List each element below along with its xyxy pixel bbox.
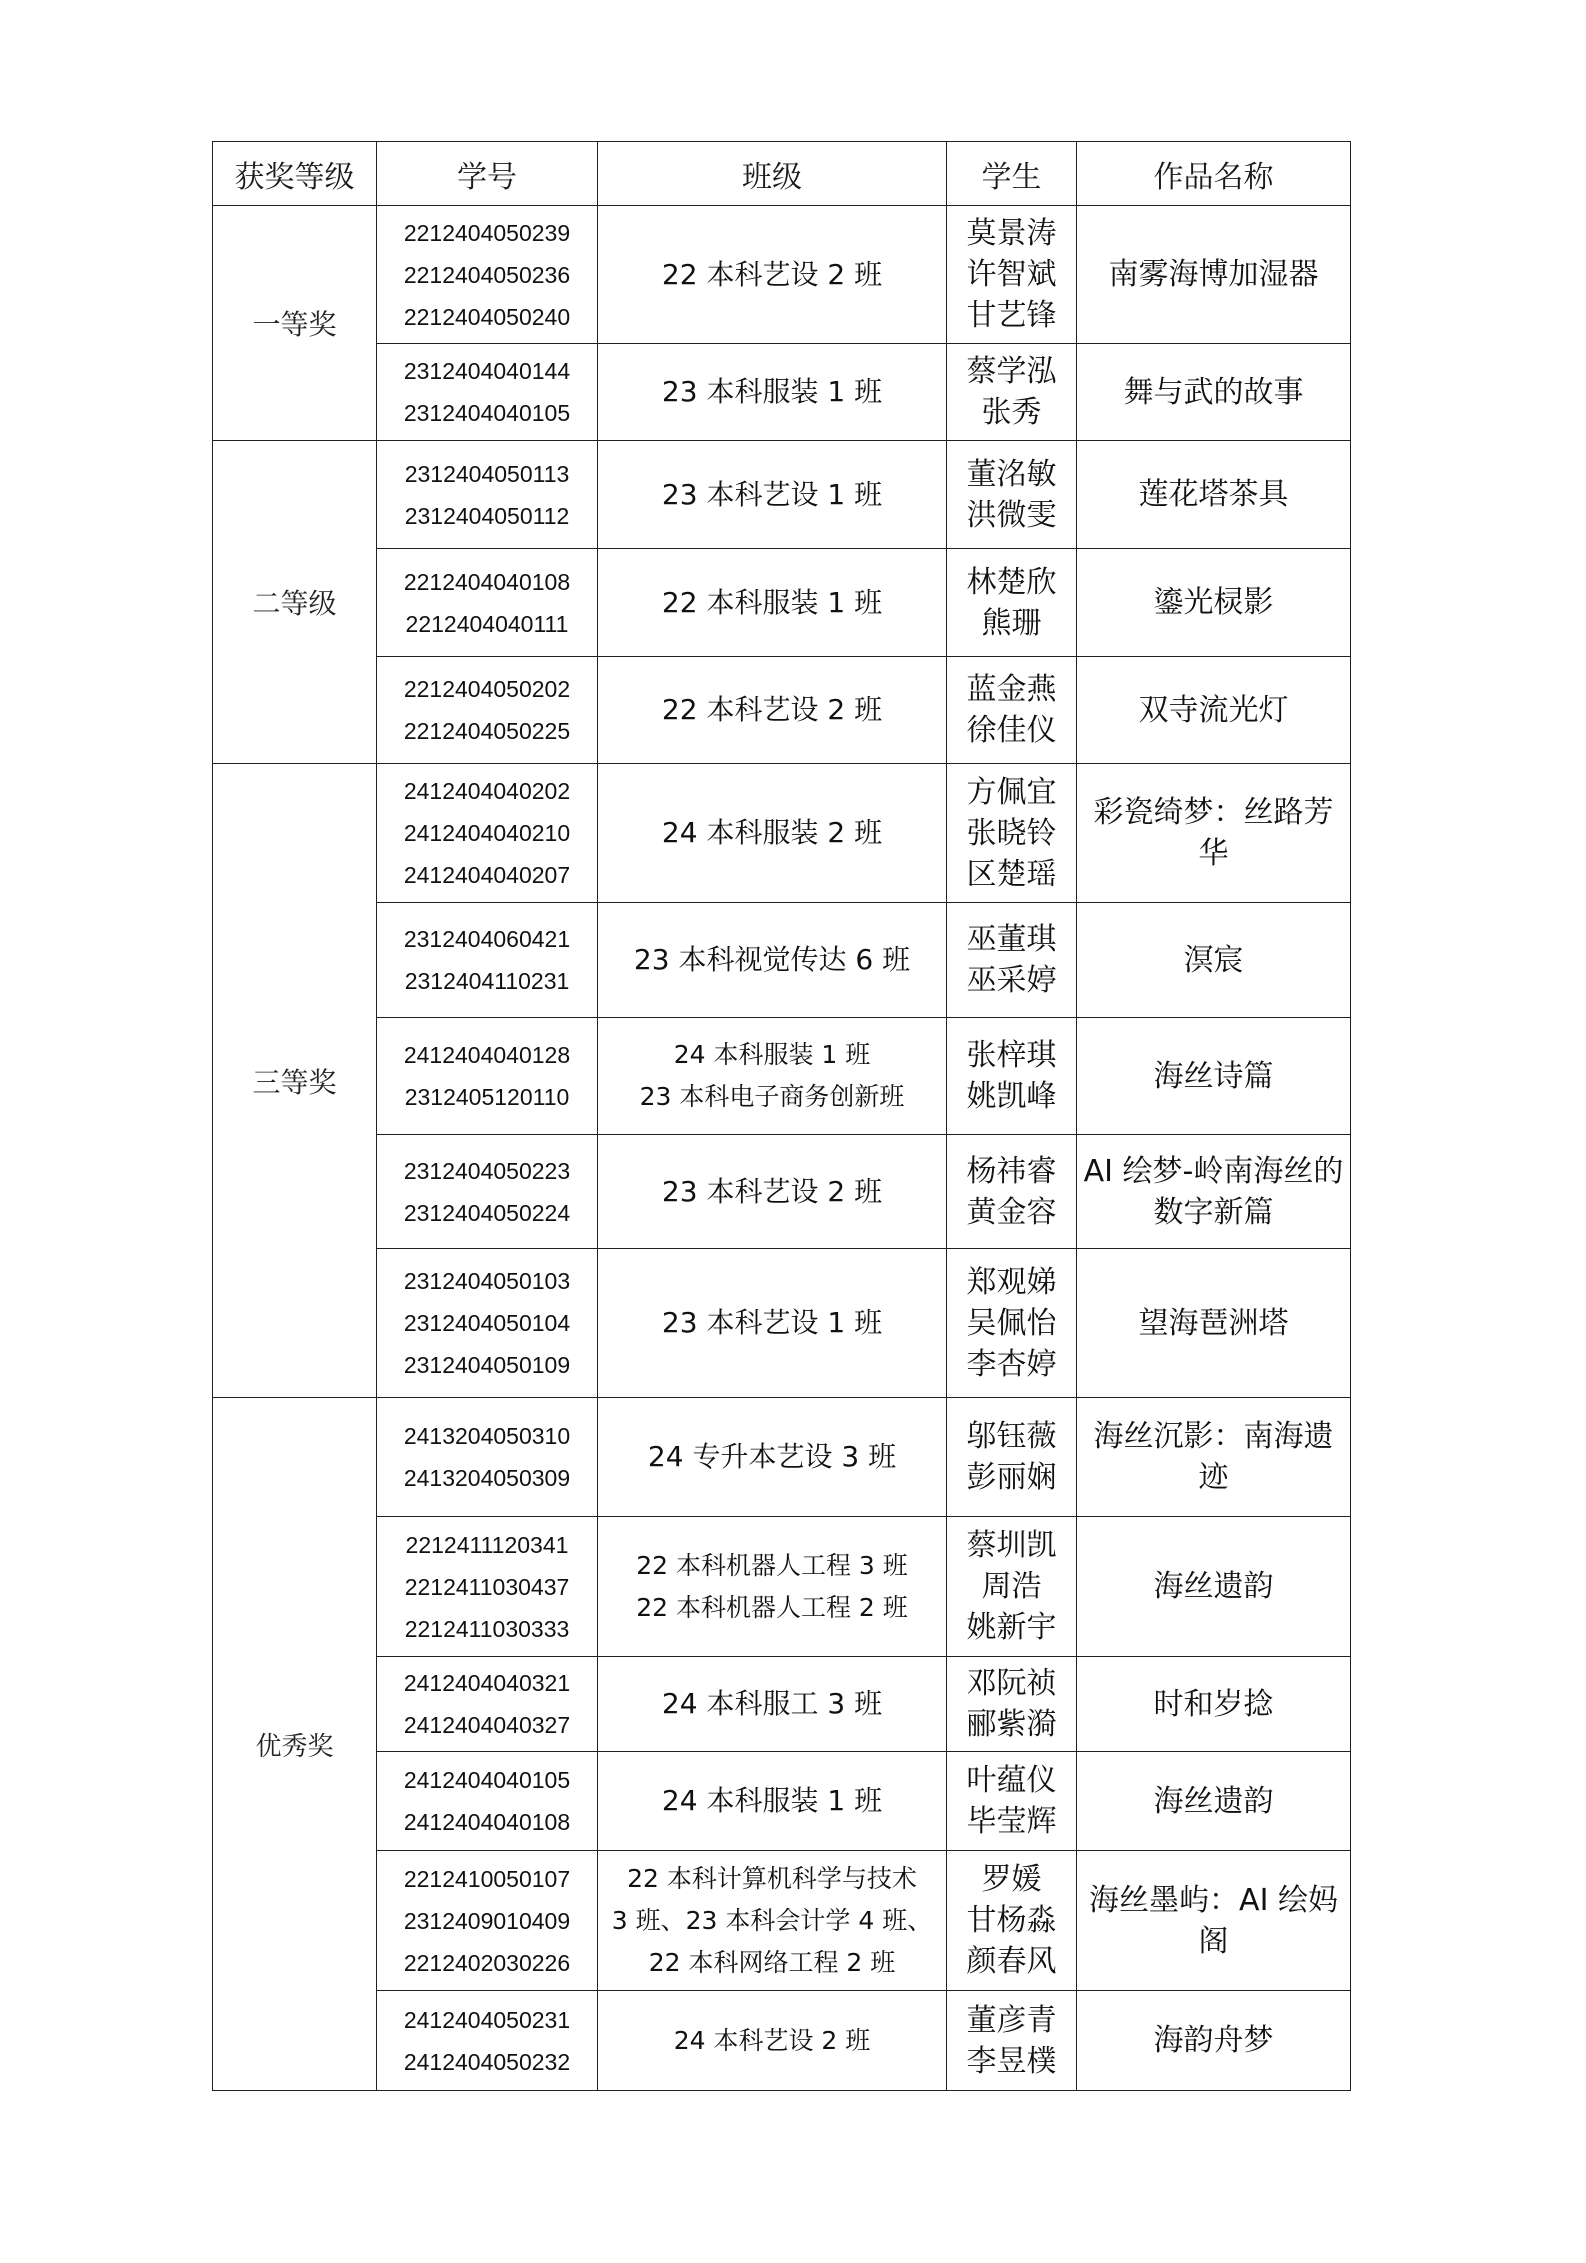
student-name: 张梓琪 — [953, 1035, 1070, 1076]
work-title: 彩瓷绮梦：丝路芳华 — [1083, 792, 1344, 874]
work-title: 海丝沉影：南海遗迹 — [1083, 1416, 1344, 1498]
student-name: 郑观娣 — [953, 1262, 1070, 1303]
student-name: 叶蕴仪 — [953, 1760, 1070, 1801]
table-row: 2212410050107 2312409010409 221240203022… — [213, 1851, 1351, 1991]
student-id: 2412404050231 — [383, 1999, 591, 2041]
student-id: 2212410050107 — [383, 1858, 591, 1900]
student-name: 巫采婷 — [953, 960, 1070, 1001]
student-id: 2312404060421 — [383, 918, 591, 960]
student-id: 2212404050240 — [383, 296, 591, 338]
student-name: 邓阮祯 — [953, 1663, 1070, 1704]
student-id: 2212411120341 — [383, 1524, 591, 1566]
class-cell: 22 本科服装 1 班 — [598, 549, 947, 657]
grade-cell: 二等级 — [213, 441, 377, 764]
students-cell: 董彦青 李昱樸 — [947, 1991, 1077, 2091]
students-cell: 叶蕴仪 毕莹辉 — [947, 1752, 1077, 1851]
students-cell: 邬钰薇 彭丽娴 — [947, 1398, 1077, 1517]
student-name: 洪微雯 — [953, 495, 1070, 536]
student-name: 毕莹辉 — [953, 1801, 1070, 1842]
student-id: 2412404040202 — [383, 770, 591, 812]
students-cell: 蔡学泓 张秀 — [947, 344, 1077, 441]
student-ids-cell: 2212404050202 2212404050225 — [377, 657, 598, 764]
work-title-cell: 双寺流光灯 — [1077, 657, 1351, 764]
students-cell: 邓阮祯 郦紫漪 — [947, 1657, 1077, 1752]
student-id: 2412404040327 — [383, 1704, 591, 1746]
header-student-id: 学号 — [377, 142, 598, 206]
student-name: 林楚欣 — [953, 562, 1070, 603]
student-id: 2212404040108 — [383, 561, 591, 603]
work-title: 海丝墨屿：AI 绘妈阁 — [1083, 1880, 1344, 1962]
student-id: 2413204050310 — [383, 1415, 591, 1457]
student-name: 董洺敏 — [953, 454, 1070, 495]
student-ids-cell: 2212404050239 2212404050236 221240405024… — [377, 206, 598, 344]
class-name: 22 本科机器人工程 2 班 — [604, 1587, 940, 1629]
class-cell: 22 本科计算机科学与技术 3 班、23 本科会计学 4 班、 22 本科网络工… — [598, 1851, 947, 1991]
student-name: 颜春风 — [953, 1941, 1070, 1982]
student-name: 巫董琪 — [953, 919, 1070, 960]
student-name: 罗媛 — [953, 1859, 1070, 1900]
student-id: 2312404050224 — [383, 1192, 591, 1234]
student-id: 2312409010409 — [383, 1900, 591, 1942]
student-id: 2312405120110 — [383, 1076, 591, 1118]
class-name: 22 本科网络工程 2 班 — [600, 1942, 944, 1984]
student-ids-cell: 2412404040128 2312405120110 — [377, 1018, 598, 1135]
student-ids-cell: 2413204050310 2413204050309 — [377, 1398, 598, 1517]
student-ids-cell: 2412404040202 2412404040210 241240404020… — [377, 764, 598, 903]
student-id: 2312404050104 — [383, 1302, 591, 1344]
class-name: 23 本科电子商务创新班 — [604, 1076, 940, 1118]
student-name: 熊珊 — [953, 603, 1070, 644]
header-row: 获奖等级 学号 班级 学生 作品名称 — [213, 142, 1351, 206]
student-id: 2212411030333 — [383, 1608, 591, 1650]
student-name: 杨祎睿 — [953, 1151, 1070, 1192]
student-name: 许智斌 — [953, 254, 1070, 295]
work-title-cell: 海丝诗篇 — [1077, 1018, 1351, 1135]
student-id: 2312404110231 — [383, 960, 591, 1002]
document-page: 获奖等级 学号 班级 学生 作品名称 一等奖 2212404050239 221… — [212, 141, 1351, 2091]
table-row: 优秀奖 2413204050310 2413204050309 24 专升本艺设… — [213, 1398, 1351, 1517]
class-cell: 23 本科艺设 2 班 — [598, 1135, 947, 1249]
student-name: 郦紫漪 — [953, 1704, 1070, 1745]
student-ids-cell: 2212410050107 2312409010409 221240203022… — [377, 1851, 598, 1991]
student-name: 吴佩怡 — [953, 1303, 1070, 1344]
student-ids-cell: 2312404040144 2312404040105 — [377, 344, 598, 441]
class-cell: 24 本科服工 3 班 — [598, 1657, 947, 1752]
table-row: 一等奖 2212404050239 2212404050236 22124040… — [213, 206, 1351, 344]
student-id: 2212404050202 — [383, 668, 591, 710]
work-title-cell: 海丝沉影：南海遗迹 — [1077, 1398, 1351, 1517]
students-cell: 方佩宜 张晓铃 区楚瑶 — [947, 764, 1077, 903]
table-row: 2412404040128 2312405120110 24 本科服装 1 班 … — [213, 1018, 1351, 1135]
work-title-cell: 南雾海博加湿器 — [1077, 206, 1351, 344]
table-row: 2212404050202 2212404050225 22 本科艺设 2 班 … — [213, 657, 1351, 764]
student-id: 2412404050232 — [383, 2041, 591, 2083]
student-name: 蓝金燕 — [953, 669, 1070, 710]
student-id: 2312404050103 — [383, 1260, 591, 1302]
table-row: 2412404040321 2412404040327 24 本科服工 3 班 … — [213, 1657, 1351, 1752]
class-cell: 24 本科服装 1 班 23 本科电子商务创新班 — [598, 1018, 947, 1135]
student-ids-cell: 2212411120341 2212411030437 221241103033… — [377, 1517, 598, 1657]
student-name: 李杏婷 — [953, 1344, 1070, 1385]
student-ids-cell: 2312404050103 2312404050104 231240405010… — [377, 1249, 598, 1398]
student-name: 莫景涛 — [953, 213, 1070, 254]
student-id: 2412404040207 — [383, 854, 591, 896]
table-row: 三等奖 2412404040202 2412404040210 24124040… — [213, 764, 1351, 903]
class-cell: 22 本科机器人工程 3 班 22 本科机器人工程 2 班 — [598, 1517, 947, 1657]
student-id: 2312404050112 — [383, 495, 591, 537]
class-name: 24 本科服装 1 班 — [604, 1034, 940, 1076]
header-grade: 获奖等级 — [213, 142, 377, 206]
work-title-cell: 时和岁捻 — [1077, 1657, 1351, 1752]
student-id: 2312404040105 — [383, 392, 591, 434]
table-row: 2312404060421 2312404110231 23 本科视觉传达 6 … — [213, 903, 1351, 1018]
work-title-cell: 海丝遗韵 — [1077, 1752, 1351, 1851]
table-row: 2312404050223 2312404050224 23 本科艺设 2 班 … — [213, 1135, 1351, 1249]
table-row: 2412404040105 2412404040108 24 本科服装 1 班 … — [213, 1752, 1351, 1851]
students-cell: 林楚欣 熊珊 — [947, 549, 1077, 657]
students-cell: 郑观娣 吴佩怡 李杏婷 — [947, 1249, 1077, 1398]
student-id: 2212404040111 — [383, 603, 591, 645]
class-cell: 24 专升本艺设 3 班 — [598, 1398, 947, 1517]
table-row: 2312404040144 2312404040105 23 本科服装 1 班 … — [213, 344, 1351, 441]
student-name: 蔡圳凯 — [953, 1525, 1070, 1566]
student-ids-cell: 2312404060421 2312404110231 — [377, 903, 598, 1018]
student-id: 2312404050113 — [383, 453, 591, 495]
student-name: 甘杨淼 — [953, 1900, 1070, 1941]
students-cell: 蓝金燕 徐佳仪 — [947, 657, 1077, 764]
work-title: AI 绘梦-岭南海丝的数字新篇 — [1083, 1151, 1344, 1233]
student-id: 2312404040144 — [383, 350, 591, 392]
class-cell: 23 本科艺设 1 班 — [598, 1249, 947, 1398]
student-id: 2412404040128 — [383, 1034, 591, 1076]
work-title-cell: 舞与武的故事 — [1077, 344, 1351, 441]
student-id: 2212402030226 — [383, 1942, 591, 1984]
work-title-cell: AI 绘梦-岭南海丝的数字新篇 — [1077, 1135, 1351, 1249]
student-name: 李昱樸 — [953, 2041, 1070, 2082]
student-name: 邬钰薇 — [953, 1416, 1070, 1457]
student-name: 蔡学泓 — [953, 351, 1070, 392]
class-cell: 22 本科艺设 2 班 — [598, 206, 947, 344]
table-row: 2212404040108 2212404040111 22 本科服装 1 班 … — [213, 549, 1351, 657]
grade-cell: 优秀奖 — [213, 1398, 377, 2091]
work-title-cell: 莲花塔茶具 — [1077, 441, 1351, 549]
table-row: 2412404050231 2412404050232 24 本科艺设 2 班 … — [213, 1991, 1351, 2091]
students-cell: 张梓琪 姚凯峰 — [947, 1018, 1077, 1135]
class-cell: 24 本科艺设 2 班 — [598, 1991, 947, 2091]
student-id: 2312404050109 — [383, 1344, 591, 1386]
students-cell: 莫景涛 许智斌 甘艺锋 — [947, 206, 1077, 344]
class-cell: 22 本科艺设 2 班 — [598, 657, 947, 764]
student-name: 区楚瑶 — [953, 854, 1070, 895]
class-cell: 23 本科艺设 1 班 — [598, 441, 947, 549]
student-id: 2312404050223 — [383, 1150, 591, 1192]
student-id: 2212404050239 — [383, 212, 591, 254]
table-row: 2312404050103 2312404050104 231240405010… — [213, 1249, 1351, 1398]
student-name: 张晓铃 — [953, 813, 1070, 854]
student-name: 徐佳仪 — [953, 710, 1070, 751]
student-name: 甘艺锋 — [953, 295, 1070, 336]
students-cell: 董洺敏 洪微雯 — [947, 441, 1077, 549]
class-name: 3 班、23 本科会计学 4 班、 — [600, 1900, 944, 1942]
work-title-cell: 海丝遗韵 — [1077, 1517, 1351, 1657]
students-cell: 蔡圳凯 周浩 姚新宇 — [947, 1517, 1077, 1657]
work-title-cell: 彩瓷绮梦：丝路芳华 — [1077, 764, 1351, 903]
work-title-cell: 溟宸 — [1077, 903, 1351, 1018]
header-work-title: 作品名称 — [1077, 142, 1351, 206]
work-title-cell: 望海琶洲塔 — [1077, 1249, 1351, 1398]
student-id: 2412404040108 — [383, 1801, 591, 1843]
student-name: 彭丽娴 — [953, 1457, 1070, 1498]
class-cell: 23 本科服装 1 班 — [598, 344, 947, 441]
student-id: 2212404050225 — [383, 710, 591, 752]
work-title-cell: 海丝墨屿：AI 绘妈阁 — [1077, 1851, 1351, 1991]
student-name: 董彦青 — [953, 2000, 1070, 2041]
student-id: 2212404050236 — [383, 254, 591, 296]
student-name: 方佩宜 — [953, 772, 1070, 813]
students-cell: 杨祎睿 黄金容 — [947, 1135, 1077, 1249]
student-id: 2412404040105 — [383, 1759, 591, 1801]
student-ids-cell: 2412404040321 2412404040327 — [377, 1657, 598, 1752]
student-ids-cell: 2212404040108 2212404040111 — [377, 549, 598, 657]
table-row: 二等级 2312404050113 2312404050112 23 本科艺设 … — [213, 441, 1351, 549]
class-cell: 24 本科服装 2 班 — [598, 764, 947, 903]
student-name: 周浩 — [953, 1566, 1070, 1607]
student-ids-cell: 2412404050231 2412404050232 — [377, 1991, 598, 2091]
grade-cell: 一等奖 — [213, 206, 377, 441]
table-row: 2212411120341 2212411030437 221241103033… — [213, 1517, 1351, 1657]
work-title-cell: 海韵舟梦 — [1077, 1991, 1351, 2091]
awards-table: 获奖等级 学号 班级 学生 作品名称 一等奖 2212404050239 221… — [212, 141, 1351, 2091]
student-id: 2412404040210 — [383, 812, 591, 854]
student-ids-cell: 2312404050113 2312404050112 — [377, 441, 598, 549]
class-cell: 24 本科服装 1 班 — [598, 1752, 947, 1851]
students-cell: 巫董琪 巫采婷 — [947, 903, 1077, 1018]
student-ids-cell: 2312404050223 2312404050224 — [377, 1135, 598, 1249]
grade-cell: 三等奖 — [213, 764, 377, 1398]
student-name: 姚凯峰 — [953, 1076, 1070, 1117]
students-cell: 罗媛 甘杨淼 颜春风 — [947, 1851, 1077, 1991]
student-name: 张秀 — [953, 392, 1070, 433]
class-name: 22 本科机器人工程 3 班 — [604, 1545, 940, 1587]
class-name: 22 本科计算机科学与技术 — [600, 1858, 944, 1900]
student-name: 姚新宇 — [953, 1607, 1070, 1648]
header-class: 班级 — [598, 142, 947, 206]
work-title-cell: 鎏光棂影 — [1077, 549, 1351, 657]
student-id: 2212411030437 — [383, 1566, 591, 1608]
header-students: 学生 — [947, 142, 1077, 206]
student-id: 2413204050309 — [383, 1457, 591, 1499]
class-cell: 23 本科视觉传达 6 班 — [598, 903, 947, 1018]
student-ids-cell: 2412404040105 2412404040108 — [377, 1752, 598, 1851]
student-name: 黄金容 — [953, 1192, 1070, 1233]
student-id: 2412404040321 — [383, 1662, 591, 1704]
